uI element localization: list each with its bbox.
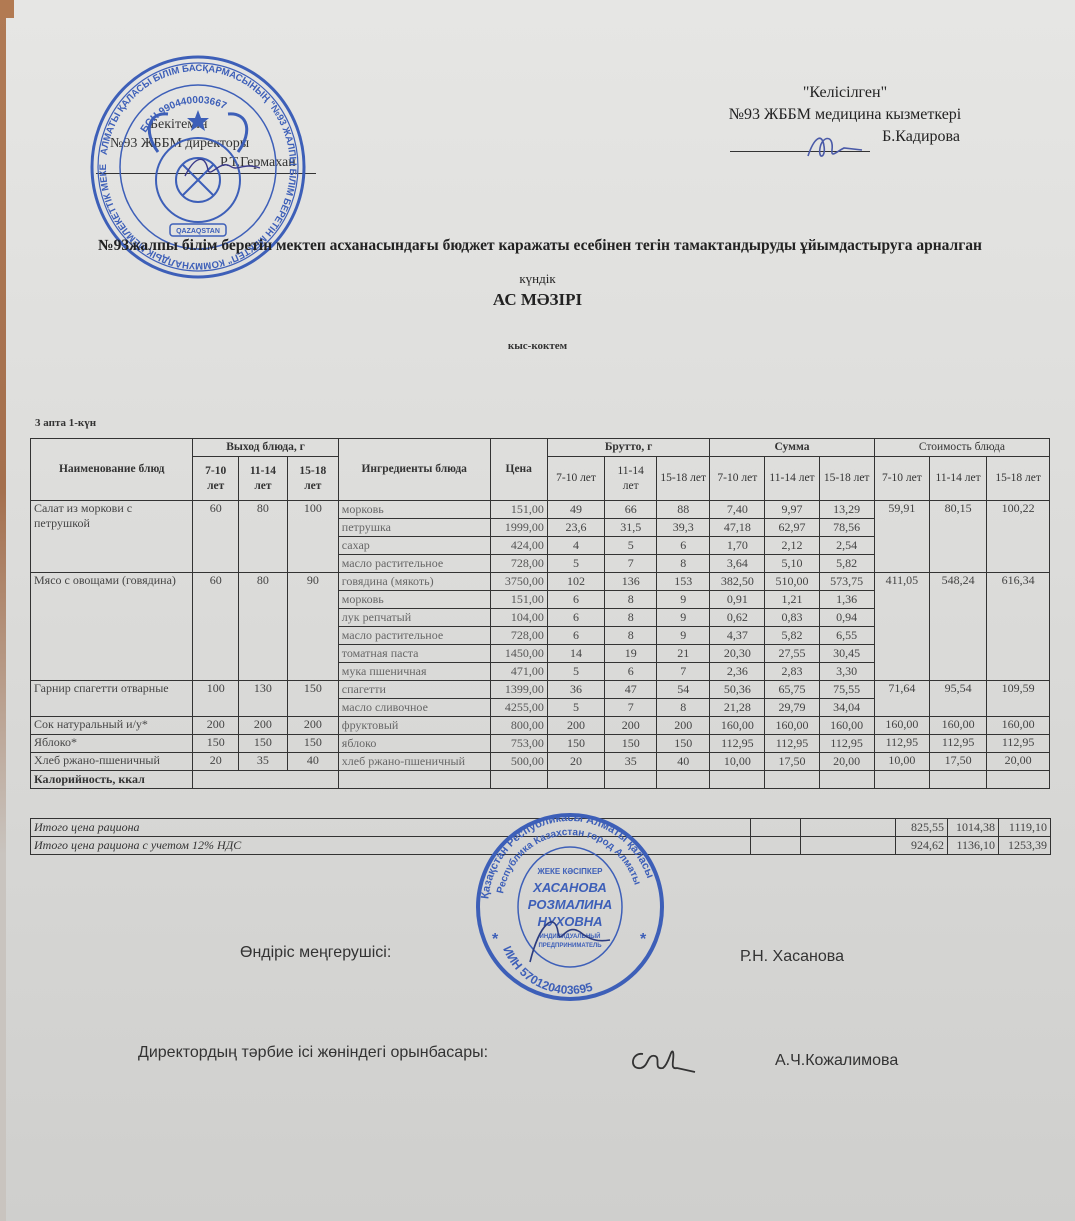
dish-cost: 59,91: [874, 501, 929, 573]
svg-text:QAZAQSTAN: QAZAQSTAN: [176, 228, 220, 235]
calories-empty: [819, 771, 874, 789]
ingredient-brutto: 6: [547, 591, 604, 609]
signature-line-left: [96, 173, 316, 174]
ingredient-price: 471,00: [490, 663, 547, 681]
header-age: 7-10 лет: [710, 457, 765, 501]
dish-cost: 80,15: [929, 501, 986, 573]
dish-yield: 150: [239, 735, 288, 753]
totals-value: 924,62: [896, 837, 948, 855]
ingredient-sum: 29,79: [765, 699, 819, 717]
dish-name: Яблоко*: [31, 735, 193, 753]
ingredient-brutto: 150: [547, 735, 604, 753]
calories-empty: [657, 771, 710, 789]
dish-yield: 200: [239, 717, 288, 735]
ingredient-brutto: 47: [605, 681, 657, 699]
ingredient-brutto: 7: [605, 555, 657, 573]
producer-label: Өндіріс меңгерушісі:: [240, 944, 391, 962]
ingredient-sum: 9,97: [765, 501, 819, 519]
ingredient-brutto: 20: [547, 753, 604, 771]
header-sum: Сумма: [710, 439, 875, 457]
approval-left-name: Р.Т.Гермахан: [220, 153, 296, 172]
day-label: 3 апта 1-күн: [35, 417, 96, 429]
table-row: Яблоко*150150150яблоко753,00150150150112…: [31, 735, 1050, 753]
totals-empty: [801, 819, 896, 837]
approval-right-position: №93 ЖББМ медицина кызметкері: [700, 104, 990, 126]
ingredient-brutto: 5: [605, 537, 657, 555]
ingredient-brutto: 36: [547, 681, 604, 699]
dish-name: Салат из моркови с петрушкой: [31, 501, 193, 573]
ingredient-name: масло растительное: [338, 627, 490, 645]
ingredient-price: 1450,00: [490, 645, 547, 663]
ingredient-name: мука пшеничная: [338, 663, 490, 681]
ingredient-sum: 4,37: [710, 627, 765, 645]
ingredient-sum: 20,30: [710, 645, 765, 663]
svg-text:ИНДИВИДУАЛЬНЫЙ: ИНДИВИДУАЛЬНЫЙ: [540, 932, 601, 940]
ingredient-sum: 1,70: [710, 537, 765, 555]
svg-text:ХАСАНОВА: ХАСАНОВА: [532, 880, 607, 895]
menu-table-header: Наименование блюд Выход блюда, г Ингреди…: [31, 439, 1050, 501]
totals-table-body: Итого цена рациона825,551014,381119,10Ит…: [31, 819, 1051, 855]
ingredient-sum: 1,21: [765, 591, 819, 609]
ingredient-brutto: 5: [547, 555, 604, 573]
ingredient-brutto: 9: [657, 627, 710, 645]
table-row: Гарнир спагетти отварные100130150спагетт…: [31, 681, 1050, 699]
dish-cost: 112,95: [874, 735, 929, 753]
totals-label: Итого цена рациона с учетом 12% НДС: [31, 837, 751, 855]
ingredient-sum: 75,55: [819, 681, 874, 699]
ingredient-brutto: 39,3: [657, 519, 710, 537]
ingredient-name: морковь: [338, 501, 490, 519]
ingredient-name: яблоко: [338, 735, 490, 753]
svg-text:*: *: [492, 931, 499, 948]
ingredient-brutto: 7: [605, 699, 657, 717]
dish-yield: 40: [287, 753, 338, 771]
dish-yield: 130: [239, 681, 288, 717]
header-age: 7-10 лет: [193, 457, 239, 501]
ingredient-brutto: 9: [657, 591, 710, 609]
svg-text:ЖЕКЕ КӘСІПКЕР: ЖЕКЕ КӘСІПКЕР: [536, 867, 603, 876]
svg-text:ПРЕДПРИНИМАТЕЛЬ: ПРЕДПРИНИМАТЕЛЬ: [538, 943, 602, 949]
ingredient-sum: 160,00: [819, 717, 874, 735]
dish-cost: 616,34: [987, 573, 1050, 681]
approval-right-name: Б.Кадирова: [700, 126, 990, 148]
ingredient-name: томатная паста: [338, 645, 490, 663]
ingredient-name: фруктовый: [338, 717, 490, 735]
ingredient-sum: 112,95: [819, 735, 874, 753]
background-corner: [0, 0, 14, 18]
ingredient-sum: 2,36: [710, 663, 765, 681]
ingredient-price: 3750,00: [490, 573, 547, 591]
header-age: 7-10 лет: [874, 457, 929, 501]
dish-name: Гарнир спагетти отварные: [31, 681, 193, 717]
header-age: 7-10 лет: [547, 457, 604, 501]
dish-cost: 71,64: [874, 681, 929, 717]
calories-empty: [710, 771, 765, 789]
ingredient-sum: 1,36: [819, 591, 874, 609]
ingredient-sum: 5,82: [819, 555, 874, 573]
calories-label: Калорийность, ккал: [31, 771, 193, 789]
table-row: Сок натуральный и/у*200200200фруктовый80…: [31, 717, 1050, 735]
svg-text:РОЗМАЛИНА: РОЗМАЛИНА: [528, 897, 613, 912]
header-age: 15-18 лет: [987, 457, 1050, 501]
dish-yield: 20: [193, 753, 239, 771]
ingredient-name: хлеб ржано-пшеничный: [338, 753, 490, 771]
document-subtitle: күндік: [0, 271, 1075, 287]
signature-line-right: [730, 151, 870, 152]
dish-name: Сок натуральный и/у*: [31, 717, 193, 735]
menu-table: Наименование блюд Выход блюда, г Ингреди…: [30, 438, 1050, 789]
ingredient-brutto: 21: [657, 645, 710, 663]
ingredient-brutto: 8: [605, 591, 657, 609]
totals-empty: [751, 819, 801, 837]
ingredient-price: 728,00: [490, 627, 547, 645]
totals-value: 1136,10: [948, 837, 999, 855]
ingredient-sum: 573,75: [819, 573, 874, 591]
dish-cost: 17,50: [929, 753, 986, 771]
ingredient-brutto: 5: [547, 663, 604, 681]
header-dish-cost: Стоимость блюда: [874, 439, 1049, 457]
approval-right-heading: "Келісілген": [700, 82, 990, 104]
ingredient-name: сахар: [338, 537, 490, 555]
ingredient-price: 1399,00: [490, 681, 547, 699]
ingredient-brutto: 35: [605, 753, 657, 771]
ingredient-name: лук репчатый: [338, 609, 490, 627]
dish-cost: 160,00: [929, 717, 986, 735]
calories-empty: [929, 771, 986, 789]
totals-empty: [751, 837, 801, 855]
dish-yield: 150: [287, 735, 338, 753]
svg-text:НУХОВНА: НУХОВНА: [538, 914, 603, 929]
header-price: Цена: [490, 439, 547, 501]
ingredient-brutto: 136: [605, 573, 657, 591]
ingredient-brutto: 7: [657, 663, 710, 681]
dish-cost: 411,05: [874, 573, 929, 681]
dish-cost: 112,95: [929, 735, 986, 753]
ingredient-brutto: 8: [657, 555, 710, 573]
ingredient-sum: 160,00: [765, 717, 819, 735]
ingredient-sum: 112,95: [765, 735, 819, 753]
dish-name: Мясо с овощами (говядина): [31, 573, 193, 681]
calories-empty: [605, 771, 657, 789]
header-age: 11-14 лет: [765, 457, 819, 501]
ingredient-sum: 0,91: [710, 591, 765, 609]
ingredient-sum: 3,30: [819, 663, 874, 681]
dish-yield: 60: [193, 573, 239, 681]
dish-name: Хлеб ржано-пшеничный: [31, 753, 193, 771]
ingredient-brutto: 153: [657, 573, 710, 591]
ingredient-brutto: 40: [657, 753, 710, 771]
ingredient-price: 500,00: [490, 753, 547, 771]
approval-left-position: №93 ЖББМ директоры: [110, 134, 296, 153]
ingredient-sum: 78,56: [819, 519, 874, 537]
ingredient-brutto: 200: [605, 717, 657, 735]
totals-value: 825,55: [896, 819, 948, 837]
table-row: Мясо с овощами (говядина)608090говядина …: [31, 573, 1050, 591]
ingredient-brutto: 88: [657, 501, 710, 519]
dish-yield: 150: [193, 735, 239, 753]
svg-text:ИИН 570120403695: ИИН 570120403695: [500, 944, 594, 997]
approval-right-block: "Келісілген" №93 ЖББМ медицина кызметкер…: [700, 82, 990, 148]
ingredient-price: 1999,00: [490, 519, 547, 537]
ingredient-price: 4255,00: [490, 699, 547, 717]
totals-value: 1014,38: [948, 819, 999, 837]
calories-empty: [490, 771, 547, 789]
ingredient-name: петрушка: [338, 519, 490, 537]
dish-yield: 100: [287, 501, 338, 573]
ingredient-sum: 0,83: [765, 609, 819, 627]
ingredient-sum: 50,36: [710, 681, 765, 699]
calories-empty: [547, 771, 604, 789]
ingredient-name: масло сливочное: [338, 699, 490, 717]
producer-name: Р.Н. Хасанова: [740, 948, 844, 966]
header-age: 11-14 лет: [929, 457, 986, 501]
dish-cost: 160,00: [874, 717, 929, 735]
ingredient-brutto: 19: [605, 645, 657, 663]
ingredient-sum: 6,55: [819, 627, 874, 645]
dish-yield: 200: [193, 717, 239, 735]
dish-yield: 100: [193, 681, 239, 717]
calories-empty: [874, 771, 929, 789]
dish-yield: 35: [239, 753, 288, 771]
dish-cost: 112,95: [987, 735, 1050, 753]
header-age: 15-18 лет: [819, 457, 874, 501]
table-row: Салат из моркови с петрушкой6080100морко…: [31, 501, 1050, 519]
ingredient-price: 151,00: [490, 591, 547, 609]
ingredient-brutto: 6: [547, 609, 604, 627]
ingredient-sum: 10,00: [710, 753, 765, 771]
ingredient-brutto: 6: [605, 663, 657, 681]
totals-value: 1119,10: [999, 819, 1051, 837]
ingredient-brutto: 102: [547, 573, 604, 591]
ingredient-sum: 112,95: [710, 735, 765, 753]
ingredient-sum: 0,94: [819, 609, 874, 627]
header-yield: Выход блюда, г: [193, 439, 338, 457]
dish-cost: 20,00: [987, 753, 1050, 771]
ingredient-brutto: 6: [657, 537, 710, 555]
totals-value: 1253,39: [999, 837, 1051, 855]
ingredient-brutto: 4: [547, 537, 604, 555]
calories-empty: [765, 771, 819, 789]
ingredient-sum: 382,50: [710, 573, 765, 591]
ingredient-name: говядина (мякоть): [338, 573, 490, 591]
ingredient-sum: 13,29: [819, 501, 874, 519]
ingredient-sum: 2,83: [765, 663, 819, 681]
ingredient-price: 728,00: [490, 555, 547, 573]
ingredient-sum: 27,55: [765, 645, 819, 663]
menu-table-body: Салат из моркови с петрушкой6080100морко…: [31, 501, 1050, 789]
ingredient-sum: 510,00: [765, 573, 819, 591]
dish-cost: 100,22: [987, 501, 1050, 573]
ingredient-brutto: 14: [547, 645, 604, 663]
approval-left-heading: Бекітемін: [150, 115, 296, 134]
dish-yield: 200: [287, 717, 338, 735]
totals-row: Итого цена рациона825,551014,381119,10: [31, 819, 1051, 837]
ingredient-brutto: 31,5: [605, 519, 657, 537]
totals-label: Итого цена рациона: [31, 819, 751, 837]
ingredient-brutto: 8: [657, 699, 710, 717]
ingredient-price: 800,00: [490, 717, 547, 735]
ingredient-price: 151,00: [490, 501, 547, 519]
header-age: 15-18 лет: [657, 457, 710, 501]
ingredient-name: морковь: [338, 591, 490, 609]
dish-cost: 548,24: [929, 573, 986, 681]
deputy-label: Директордың тәрбие ісі жөніндегі орынбас…: [138, 1044, 488, 1062]
dish-yield: 150: [287, 681, 338, 717]
ingredient-sum: 2,54: [819, 537, 874, 555]
ingredient-brutto: 200: [657, 717, 710, 735]
ingredient-brutto: 150: [605, 735, 657, 753]
ingredient-sum: 2,12: [765, 537, 819, 555]
totals-table: Итого цена рациона825,551014,381119,10Ит…: [30, 818, 1051, 855]
ingredient-brutto: 8: [605, 609, 657, 627]
ingredient-brutto: 23,6: [547, 519, 604, 537]
ingredient-price: 424,00: [490, 537, 547, 555]
menu-title: АС МӘЗІРІ: [0, 290, 1075, 310]
svg-text:*: *: [640, 931, 647, 948]
signature-deputy-icon: [625, 1042, 705, 1076]
dish-cost: 160,00: [987, 717, 1050, 735]
ingredient-brutto: 54: [657, 681, 710, 699]
dish-cost: 95,54: [929, 681, 986, 717]
ingredient-price: 104,00: [490, 609, 547, 627]
ingredient-sum: 34,04: [819, 699, 874, 717]
calories-empty: [338, 771, 490, 789]
ingredient-sum: 5,82: [765, 627, 819, 645]
approval-left-block: Бекітемін №93 ЖББМ директоры Р.Т.Гермаха…: [110, 115, 296, 172]
ingredient-brutto: 6: [547, 627, 604, 645]
dish-cost: 109,59: [987, 681, 1050, 717]
ingredient-sum: 62,97: [765, 519, 819, 537]
ingredient-sum: 0,62: [710, 609, 765, 627]
ingredient-sum: 21,28: [710, 699, 765, 717]
ingredient-sum: 160,00: [710, 717, 765, 735]
background-edge: [0, 0, 6, 1221]
header-age: 11-14 лет: [605, 457, 657, 501]
table-row: Хлеб ржано-пшеничный203540хлеб ржано-пше…: [31, 753, 1050, 771]
ingredient-price: 753,00: [490, 735, 547, 753]
calories-empty: [987, 771, 1050, 789]
totals-row: Итого цена рациона с учетом 12% НДС924,6…: [31, 837, 1051, 855]
dish-yield: 60: [193, 501, 239, 573]
ingredient-sum: 30,45: [819, 645, 874, 663]
header-ingredients: Ингредиенты блюда: [338, 439, 490, 501]
header-age: 11-14 лет: [239, 457, 288, 501]
ingredient-sum: 17,50: [765, 753, 819, 771]
ingredient-brutto: 5: [547, 699, 604, 717]
ingredient-sum: 3,64: [710, 555, 765, 573]
dish-yield: 80: [239, 573, 288, 681]
ingredient-name: масло растительное: [338, 555, 490, 573]
season-label: кыс-коктем: [0, 340, 1075, 352]
ingredient-sum: 65,75: [765, 681, 819, 699]
ingredient-sum: 7,40: [710, 501, 765, 519]
ingredient-sum: 47,18: [710, 519, 765, 537]
header-age: 15-18 лет: [287, 457, 338, 501]
dish-cost: 10,00: [874, 753, 929, 771]
ingredient-brutto: 200: [547, 717, 604, 735]
ingredient-brutto: 8: [605, 627, 657, 645]
ingredient-sum: 20,00: [819, 753, 874, 771]
ingredient-brutto: 150: [657, 735, 710, 753]
document-title: №93жалпы білім беретін мектеп асханасынд…: [40, 236, 1040, 255]
ingredient-brutto: 9: [657, 609, 710, 627]
totals-empty: [801, 837, 896, 855]
ingredient-brutto: 49: [547, 501, 604, 519]
ingredient-name: спагетти: [338, 681, 490, 699]
header-brutto: Брутто, г: [547, 439, 709, 457]
header-dish-name: Наименование блюд: [31, 439, 193, 501]
dish-yield: 80: [239, 501, 288, 573]
calories-empty: [193, 771, 338, 789]
ingredient-brutto: 66: [605, 501, 657, 519]
calories-row: Калорийность, ккал: [31, 771, 1050, 789]
dish-yield: 90: [287, 573, 338, 681]
deputy-name: А.Ч.Кожалимова: [775, 1052, 898, 1070]
ingredient-sum: 5,10: [765, 555, 819, 573]
